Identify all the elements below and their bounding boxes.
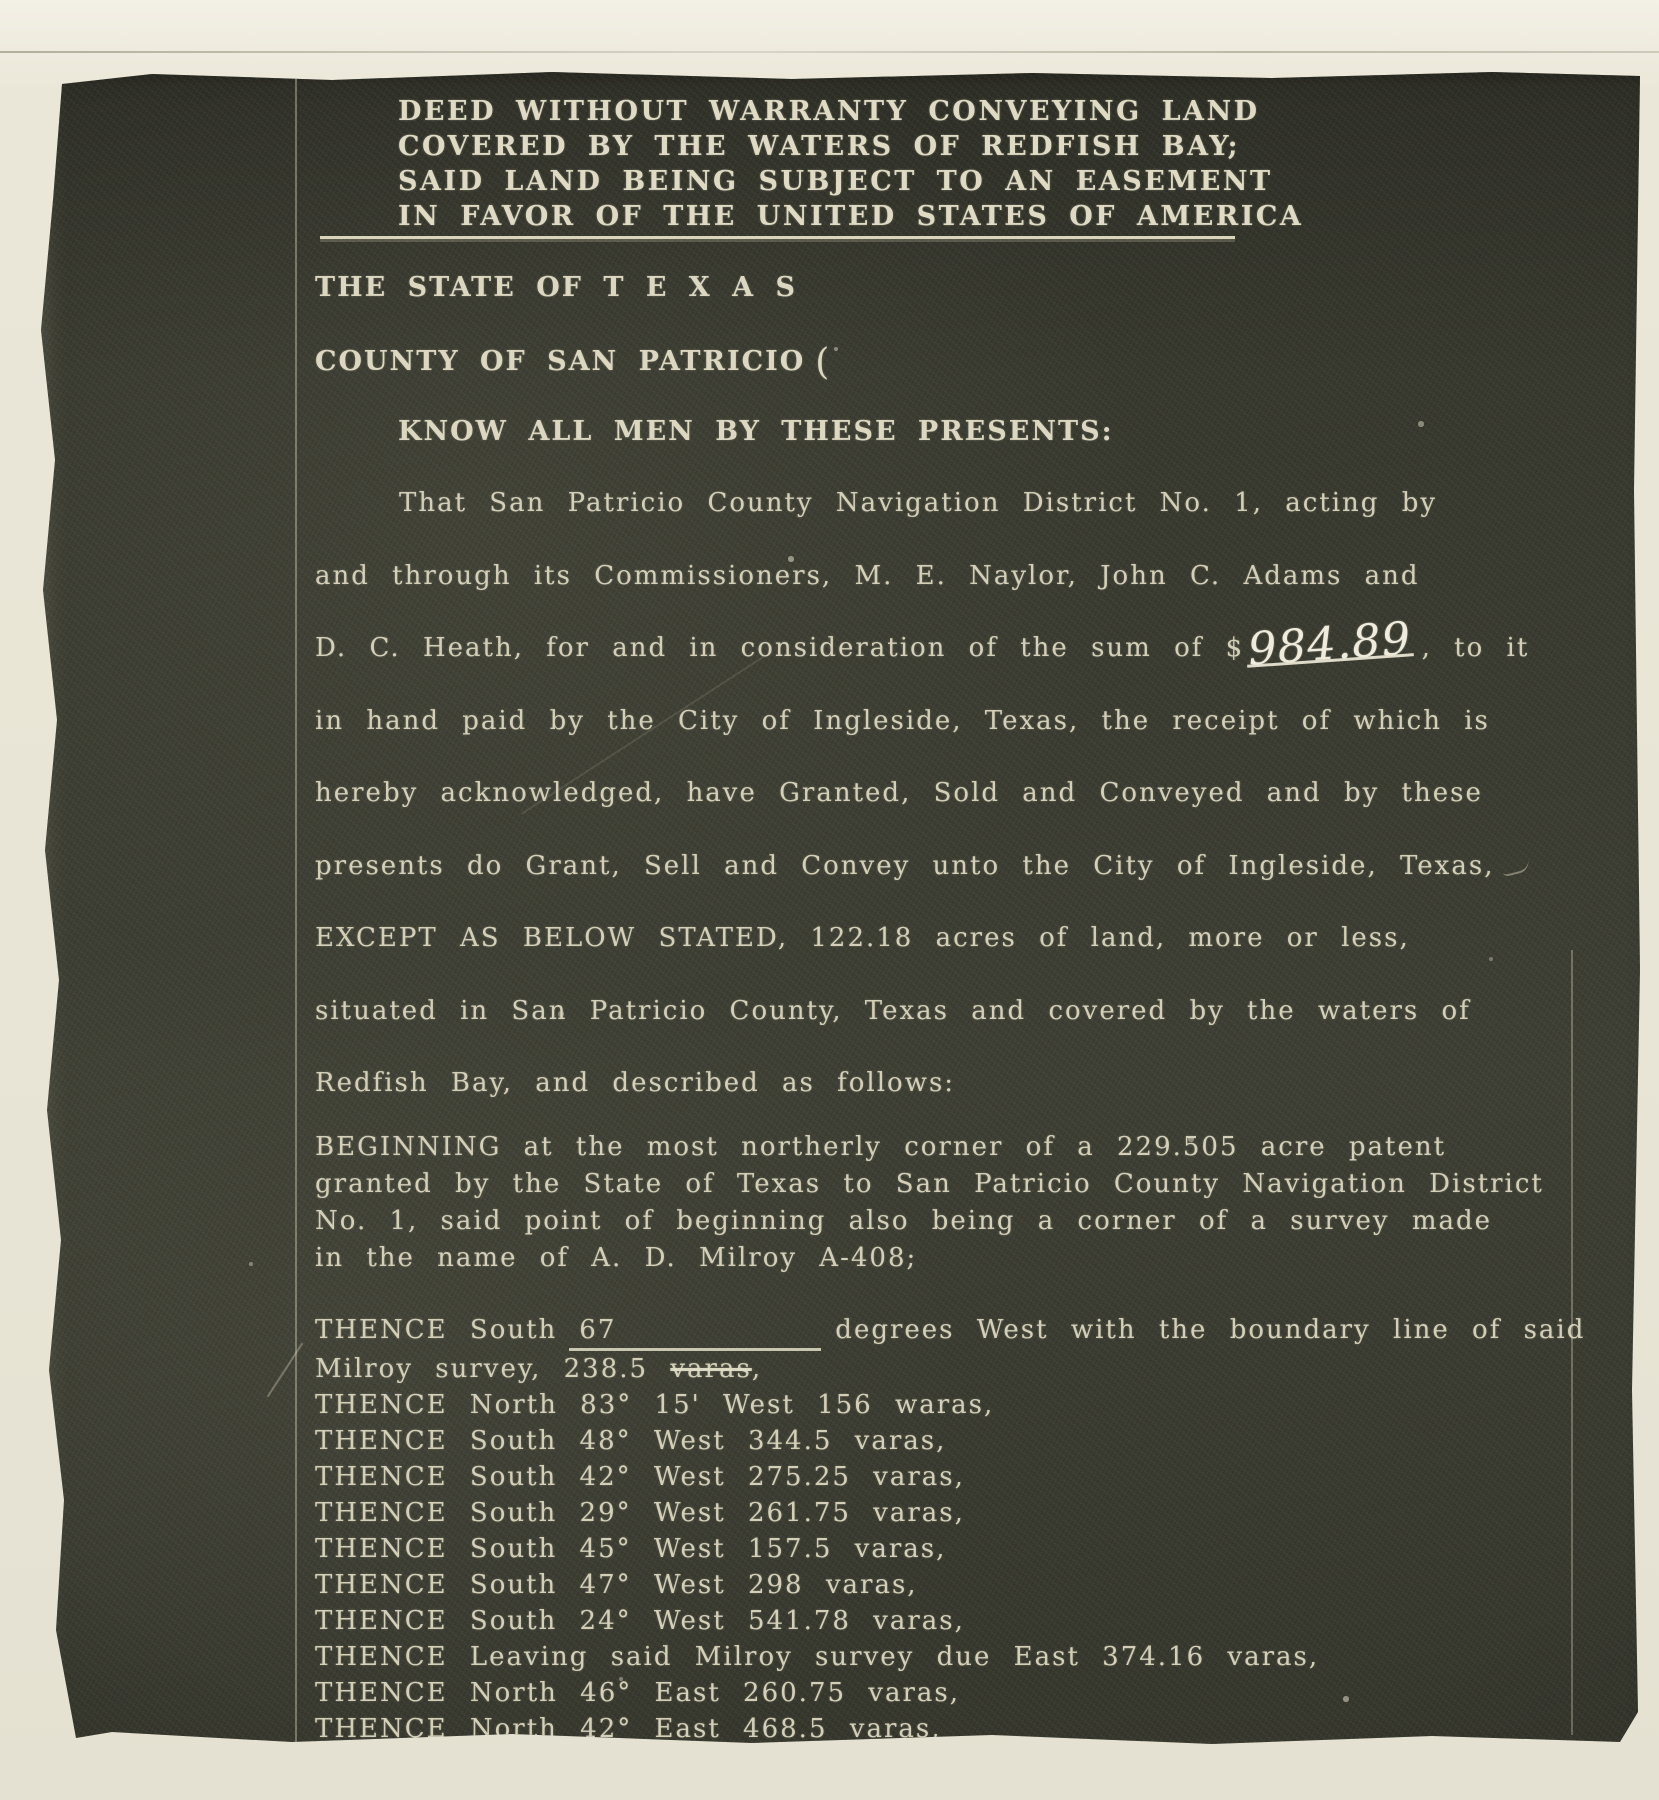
thence-line: THENCE North 46° East 260.75 varas, — [315, 1675, 1585, 1711]
scan-crease-line — [0, 51, 1659, 53]
body-line: That San Patricio County Navigation Dist… — [315, 467, 1530, 540]
thence-line: THENCE Leaving said Milroy survey due Ea… — [315, 1639, 1585, 1675]
beginning-paragraph: BEGINNING at the most northerly corner o… — [315, 1129, 1544, 1277]
thence-post: , — [752, 1354, 762, 1384]
struck-word: varas — [670, 1354, 751, 1384]
thence-calls: THENCE South67degrees West with the boun… — [315, 1312, 1585, 1747]
title-line: DEED WITHOUT WARRANTY CONVEYING LAND — [398, 94, 1303, 129]
consideration-line: D. C. Heath, for and in consideration of… — [315, 612, 1530, 685]
thence-line: THENCE South 42° West 275.25 varas, — [315, 1459, 1585, 1495]
scratch-mark — [267, 1343, 304, 1398]
thence-pre: THENCE South — [315, 1315, 557, 1345]
ink-flourish — [1501, 858, 1531, 876]
body-line: Redfish Bay, and described as follows: — [315, 1047, 1530, 1120]
scanned-page: DEED WITHOUT WARRANTY CONVEYING LAND COV… — [0, 0, 1659, 1800]
body-line: and through its Commissioners, M. E. Nay… — [315, 540, 1530, 613]
title-line: COVERED BY THE WATERS OF REDFISH BAY; — [398, 129, 1303, 164]
beginning-line: in the name of A. D. Milroy A-408; — [315, 1240, 1544, 1277]
body-line-text: presents do Grant, Sell and Convey unto … — [315, 851, 1494, 881]
title-line: SAID LAND BEING SUBJECT TO AN EASEMENT — [398, 164, 1303, 199]
county-line: COUNTY OF SAN PATRICIO( — [315, 342, 829, 383]
salutation-line: KNOW ALL MEN BY THESE PRESENTS: — [398, 416, 1114, 447]
photostat-plate: DEED WITHOUT WARRANTY CONVEYING LAND COV… — [32, 70, 1642, 1745]
typed-degrees-value: 67 — [579, 1315, 616, 1345]
thence-line-with-blank: THENCE South67degrees West with the boun… — [315, 1312, 1585, 1351]
consideration-post: , to it — [1422, 633, 1530, 663]
body-paragraph: That San Patricio County Navigation Dist… — [315, 467, 1530, 1120]
filled-blank: 67 — [569, 1312, 821, 1351]
thence-line: THENCE South 45° West 157.5 varas, — [315, 1531, 1585, 1567]
consideration-pre: D. C. Heath, for and in consideration of… — [315, 633, 1244, 663]
body-line: situated in San Patricio County, Texas a… — [315, 975, 1530, 1048]
beginning-line: BEGINNING at the most northerly corner o… — [315, 1129, 1544, 1166]
thence-line: THENCE North 42° East 468.5 varas, — [315, 1711, 1585, 1747]
title-line: IN FAVOR OF THE UNITED STATES OF AMERICA — [398, 199, 1303, 234]
thence-line: THENCE South 29° West 261.75 varas, — [315, 1495, 1585, 1531]
beginning-line: No. 1, said point of beginning also bein… — [315, 1203, 1544, 1240]
left-margin-line — [295, 70, 297, 1745]
county-text: COUNTY OF SAN PATRICIO — [315, 346, 805, 377]
thence-pre: Milroy survey, 238.5 — [315, 1354, 648, 1384]
body-line: presents do Grant, Sell and Convey unto … — [315, 830, 1530, 903]
state-line: THE STATE OF T E X A S — [315, 272, 797, 303]
thence-line: THENCE South 47° West 298 varas, — [315, 1567, 1585, 1603]
thence-line: THENCE South 24° West 541.78 varas, — [315, 1603, 1585, 1639]
notary-bracket: ( — [815, 342, 829, 383]
thence-line-struck: Milroy survey, 238.5 varas, — [315, 1351, 1585, 1387]
thence-line: THENCE South 48° West 344.5 varas, — [315, 1423, 1585, 1459]
handwritten-amount: 984.89 — [1245, 625, 1414, 668]
thence-post: degrees West with the boundary line of s… — [835, 1315, 1585, 1345]
title-underline — [320, 236, 1235, 239]
body-line: hereby acknowledged, have Granted, Sold … — [315, 757, 1530, 830]
thence-line: THENCE North 83° 15' West 156 waras, — [315, 1387, 1585, 1423]
dust-specks — [32, 70, 34, 72]
beginning-line: granted by the State of Texas to San Pat… — [315, 1166, 1544, 1203]
body-line: in hand paid by the City of Ingleside, T… — [315, 685, 1530, 758]
body-line: EXCEPT AS BELOW STATED, 122.18 acres of … — [315, 902, 1530, 975]
document-title: DEED WITHOUT WARRANTY CONVEYING LAND COV… — [398, 94, 1303, 234]
